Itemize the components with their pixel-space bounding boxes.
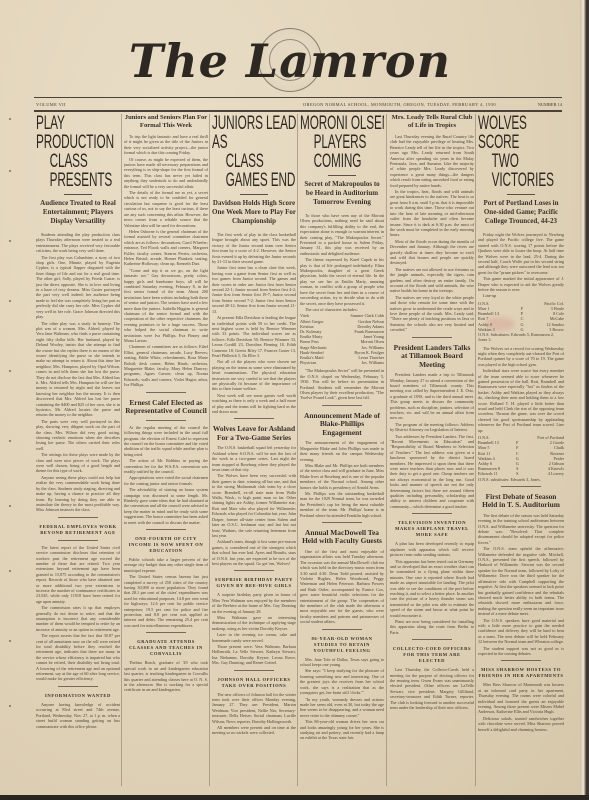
article-body-moroni: To those who have seen any of the Moroni…	[300, 213, 384, 312]
divider	[146, 632, 186, 633]
paragraph: At the regular meeting of the council th…	[124, 425, 208, 457]
paragraph: The natives are very loyal to the white …	[390, 295, 474, 333]
paragraph: Appropriations were voted the social cha…	[124, 475, 208, 486]
paragraph: This apparatus has been tested out in Ge…	[390, 559, 474, 618]
headline-play-production: PLAY PRODUCTION CLASS PRESENTS	[36, 114, 120, 190]
article-body-play: Students attending the play production c…	[36, 232, 120, 513]
paragraph: A plan has been developed recently to eq…	[390, 541, 474, 557]
paragraph: Mr. Phillips was the outstanding basketb…	[300, 491, 384, 518]
paragraph: Last Thursday the Collecto-Coeds held a …	[390, 667, 474, 710]
article-body-collecto: Last Thursday the Collecto-Coeds held a …	[390, 667, 474, 710]
headline-graduate: GRADUATE ATTENDS CLASSES AND TEACHES IN …	[124, 639, 208, 657]
divider	[146, 392, 186, 393]
article-body-macdowell: One of the first and most enjoyable of o…	[300, 549, 384, 625]
article-body-graduate: Thelma Beach, graduate of '29 who took s…	[124, 660, 208, 692]
paragraph: The parts were very well portrayed in th…	[36, 419, 120, 451]
page-edge	[580, 0, 589, 800]
paragraph: Those present were: Vera Waltman, Barbar…	[212, 644, 296, 666]
paragraph: To those who have seen any of the Moroni…	[300, 213, 384, 256]
newspaper-page: The Lamron VOLUME VII OREGON NORMAL SCHO…	[0, 0, 580, 795]
paragraph: The new officers of Johnson hall for the…	[212, 692, 296, 724]
lineup-subs: O.N.S. Substitutes: Edwards 5, Rasmussen…	[478, 332, 564, 342]
paragraph: Mrs. Jane Tole of Dallas, Texas says goi…	[300, 657, 384, 668]
paragraph: In the tropics, heat, floods and wild an…	[390, 189, 474, 238]
lineup-portland: O.N.S.Port of PortlandBrambell 13F2 Good…	[478, 435, 564, 482]
article-body-formal: To trip the light fantastic and have a r…	[124, 134, 208, 388]
article-body-woman: Mrs. Jane Tole of Dallas, Texas says goi…	[300, 657, 384, 741]
headline-moroni-olsen: MORONI OLSEN PLAYERS COMING	[300, 114, 384, 171]
paragraph: Plans are now being considered for insta…	[390, 619, 474, 635]
paragraph: The Wolves set a record for scoring Wedn…	[478, 346, 564, 368]
headline-landers: President Landers Talks at Tillamook Boa…	[390, 344, 474, 370]
paragraph: "In my youth, womanly dresses and action…	[300, 697, 384, 719]
paragraph: The other play was a study in honesty. T…	[36, 321, 120, 418]
paragraph: Of course, as might be expected of them,…	[124, 157, 208, 189]
paragraph: The commission rates it up that employes…	[36, 605, 120, 632]
paragraph: President Landers made a trip to Tillamo…	[390, 372, 474, 421]
article-body-debate: The first debate of the season was held …	[478, 513, 564, 657]
paragraph: The United States census bureau has just…	[124, 574, 208, 628]
paragraph: To trip the light fantastic and have a r…	[124, 134, 208, 156]
cast-list: VitekSumner Clark CobbAlbert GregorGordo…	[300, 313, 384, 365]
divider	[412, 337, 452, 338]
divider	[58, 517, 98, 518]
paragraph: Miss Blake and Mr. Phillips are both mem…	[300, 463, 384, 490]
article-body-television: A plan has been developed recently to eq…	[390, 541, 474, 635]
column-2: Juniors and Seniors Plan For Formal This…	[124, 114, 208, 789]
issue-number: NUMBER 14	[538, 102, 562, 107]
paragraph: The program of the meeting follows: Addr…	[390, 422, 474, 433]
paragraph: She says: "I keep studying for the pleas…	[300, 668, 384, 695]
divider	[58, 686, 98, 687]
paragraph: The action of Mr. Robbins in paying the …	[124, 458, 208, 474]
divider	[58, 540, 98, 541]
headline-engagement: Announcement Made of Blake-Phillips Enga…	[300, 412, 384, 438]
article-body-wolves-score: Friday night the Wolves journeyed to New…	[478, 232, 564, 299]
paragraph: The first debate of the season was held …	[478, 513, 564, 545]
column-rule	[297, 114, 298, 786]
headline-leady: Mrs. Leady Tells Rural Club of Life in T…	[390, 114, 474, 130]
divider	[234, 418, 274, 419]
headline-johnson-hall: JOHNSON HALL OFFICERS TAKE OVER POSITION…	[212, 677, 296, 689]
paragraph: Next week will see some games well worth…	[212, 393, 296, 415]
deck-juniors-lead: Davidson Holds High Score One Week More …	[212, 199, 296, 226]
deck-play-production: Audience Treated to Real Entertainment; …	[36, 199, 120, 226]
divider	[322, 629, 362, 630]
paragraph: Most of the floods occur during the mont…	[390, 239, 474, 266]
paragraph: The announcement of the engagement of Ma…	[300, 440, 384, 462]
headline-formal: Juniors and Seniors Plan For Formal This…	[124, 114, 208, 130]
paragraph: Thelma Beach, graduate of '29 who took s…	[124, 660, 208, 692]
article-body-wolves-mid: The Wolves set a record for scoring Wedn…	[478, 346, 564, 434]
paragraph: Individual stars were scarce but every m…	[478, 368, 564, 433]
paragraph: Miss Waltman gave an interesting demonst…	[212, 615, 296, 631]
divider	[507, 194, 535, 195]
paragraph: Line-up	[478, 293, 564, 298]
number-bar: NUMBER 14	[497, 97, 562, 112]
paragraph: The cast of characters includes:	[300, 307, 384, 312]
paragraph: Last Thursday evening the Rural Country …	[390, 134, 474, 188]
divider	[412, 639, 452, 640]
headline-line: MORONI OLSEN	[300, 114, 384, 134]
headline-council: Ernest Calef Elected as Representative o…	[124, 399, 208, 416]
article-body-wolves-leave: The O.N.S. basketball squad left yesterd…	[212, 445, 296, 566]
headline-line: CLASS GAMES END	[212, 152, 296, 190]
paragraph: Anyone seeing these plays could not help…	[36, 475, 120, 513]
divider	[64, 194, 92, 195]
paragraph: Helen Osborne is the general chairman of…	[124, 229, 208, 267]
paragraph: "Come and trip it as we go, on the light…	[124, 268, 208, 344]
paragraph: Chairmen of committees are as follows: E…	[124, 344, 208, 387]
paragraph: The latest report of the United States c…	[36, 545, 120, 604]
paragraph: The first week of play in the class bask…	[212, 232, 296, 264]
article-body-sharrow: Miss Bess Sharrow of Monmouth was hostes…	[478, 682, 564, 732]
headline-line: PLAYERS COMING	[300, 133, 384, 171]
headline-federal-employes: FEDERAL EMPLOYES WORK BEYOND RETIREMENT …	[36, 524, 120, 536]
paragraph: The first play was Columbine, a story of…	[36, 255, 120, 320]
paragraph: The natives are not allowed to use firea…	[390, 267, 474, 294]
cast-row: PhysicianJos. Williams	[300, 360, 384, 365]
paragraph: This 86-year-old woman drives her own ca…	[300, 719, 384, 741]
paragraph: Students attending the play production c…	[36, 232, 120, 254]
paragraph: The Wolves have been very successful wit…	[212, 473, 296, 538]
paragraph: The O.N.S. basketball squad left yesterd…	[212, 445, 296, 472]
article-body-engagement: The announcement of the engagement of Ma…	[300, 440, 384, 518]
column-rule	[386, 114, 387, 786]
paragraph: Two addresses by President Landers. The …	[390, 434, 474, 510]
article-body-federal: The latest report of the United States c…	[36, 545, 120, 682]
paragraph: Junior first team has a clean slate this…	[212, 265, 296, 314]
divider	[412, 513, 452, 514]
column-1: PLAY PRODUCTION CLASS PRESENTS Audience …	[36, 114, 120, 789]
article-body-johnson: The new officers of Johnson hall for the…	[212, 692, 296, 736]
paragraph: A surprise birthday party given in honor…	[212, 592, 296, 614]
headline-wolves-score: WOLVES SCORE TWO VICTORIES	[478, 114, 564, 190]
masthead: The Lamron	[0, 28, 580, 92]
article-body-income: Public schools take a larger percent of …	[124, 557, 208, 628]
headline-line: TWO VICTORIES	[478, 152, 564, 190]
paragraph: The student support was not as good as i…	[478, 646, 564, 657]
divider	[146, 529, 186, 530]
divider	[328, 175, 356, 176]
headline-line: CLASS PRESENTS	[36, 152, 120, 190]
paragraph: Miss Bess Sharrow of Monmouth was hostes…	[478, 682, 564, 714]
paragraph: The O.N.S. speakers have good material a…	[478, 618, 564, 645]
volume-label: VOLUME VII	[36, 102, 66, 107]
ink-stain	[485, 317, 515, 331]
paragraph: The theme expressed by Karel Capek in hi…	[300, 257, 384, 306]
paragraph: Anyone having knowledge of accident occu…	[36, 702, 120, 729]
headline-city-income: ONE-FOURTH OF CITY INCOME IS NOW SPENT O…	[124, 536, 208, 554]
article-body-council: At the regular meeting of the council th…	[124, 425, 208, 525]
paragraph: The settings for these plays were made b…	[36, 452, 120, 474]
headline-line: JUNIORS LEAD AS	[212, 114, 296, 153]
headline-line: PLAY PRODUCTION	[36, 114, 114, 153]
column-rule	[121, 114, 122, 786]
divider	[240, 194, 268, 195]
paragraph: Later in the evening ice cream, cake and…	[212, 632, 296, 643]
column-rule	[209, 114, 210, 786]
dateline-text: OREGON NORMAL SCHOOL, MONMOUTH, OREGON, …	[303, 102, 496, 107]
paragraph: This game marked the initial appearance …	[478, 276, 564, 292]
divider	[501, 486, 541, 487]
paragraph: The details of the formal are as yet, a …	[124, 190, 208, 228]
paragraph: The report asserts that the fact that 30…	[36, 633, 120, 682]
column-5: Mrs. Leady Tells Rural Club of Life in T…	[390, 114, 474, 789]
divider	[234, 670, 274, 671]
divider	[234, 570, 274, 571]
headline-macdowell-tea: Annual MacDowell Tea Held with Faculty G…	[300, 529, 384, 546]
paragraph: All members were present and on time at …	[212, 725, 296, 736]
divider	[322, 405, 362, 406]
paragraph: Friday night the Wolves journeyed to New…	[478, 232, 564, 275]
deck-moroni-olsen: Secret of Makropoulos to be Heard in Aud…	[300, 180, 384, 207]
column-rule	[475, 114, 476, 786]
article-body-birthday: A surprise birthday party given in honor…	[212, 592, 296, 665]
divider	[146, 420, 186, 421]
article-body-info: Anyone having knowledge of accident occu…	[36, 702, 120, 729]
paragraph: Public schools take a larger percent of …	[124, 557, 208, 573]
headline-collecto-coed: COLLECTO-COED OFFICERS FOR THIS TERM ARE…	[390, 646, 474, 664]
headline-wolves-leave: Wolves Leave for Ashland For a Two-Game …	[212, 425, 296, 442]
divider	[322, 522, 362, 523]
paragraph: The O.N.S. team upheld the affirmative; …	[478, 546, 564, 616]
paragraph: At present Edla Davidson is leading the …	[212, 315, 296, 358]
paragraph: "The Makropoulos Secret" will be present…	[300, 368, 384, 400]
scan-border	[0, 795, 589, 800]
deck-wolves-score: Port of Portland Loses in One-sided Game…	[478, 199, 564, 226]
column-4: MORONI OLSEN PLAYERS COMING Secret of Ma…	[300, 114, 384, 789]
article-body-landers: President Landers made a trip to Tillamo…	[390, 372, 474, 509]
divider	[501, 660, 541, 661]
headline-birthday: SURPRISE BIRTHDAY PARTY GIVEN BY BEE-HIV…	[212, 577, 296, 589]
headline-television: TELEVISION INVENTION MAKES AIRPLANE TRAV…	[390, 520, 474, 538]
column-3: JUNIORS LEAD AS CLASS GAMES END Davidson…	[212, 114, 296, 789]
paragraph: Delicious salads, toasted sandwiches tog…	[478, 716, 564, 732]
newspaper-title: The Lamron	[0, 34, 580, 88]
paragraph: One of the first and most enjoyable of o…	[300, 549, 384, 625]
headline-line: WOLVES SCORE	[478, 114, 527, 153]
paragraph: Ashland's team, though it lost some pre-…	[212, 539, 296, 566]
lineup-subs: O.N.S. substitutes: Edwards 3, Jones.	[478, 477, 564, 482]
dateline-bar: VOLUME VII OREGON NORMAL SCHOOL, MONMOUT…	[34, 97, 498, 112]
column-6: WOLVES SCORE TWO VICTORIES Port of Portl…	[478, 114, 564, 789]
headline-information-wanted: INFORMATION WANTED	[36, 693, 120, 699]
headline-sharrow: MISS SHARROW HOSTESS TO FRIENDS IN HER A…	[478, 667, 564, 679]
headline-woman-studies: 86-YEAR-OLD WOMAN STUDIES TO RETAIN YOUT…	[300, 636, 384, 654]
headline-juniors-lead: JUNIORS LEAD AS CLASS GAMES END	[212, 114, 296, 190]
article-body-leady: Last Thursday evening the Rural Country …	[390, 134, 474, 333]
headline-debate: First Debate of Season Held in T. S. Aud…	[478, 493, 564, 510]
article-body-moroni-after: "The Makropoulos Secret" will be present…	[300, 368, 384, 400]
paragraph: Not all of the players who were chosen a…	[212, 359, 296, 391]
article-body-juniors: The first week of play in the class bask…	[212, 232, 296, 414]
paragraph: The advisability of starting an honor sy…	[124, 487, 208, 525]
